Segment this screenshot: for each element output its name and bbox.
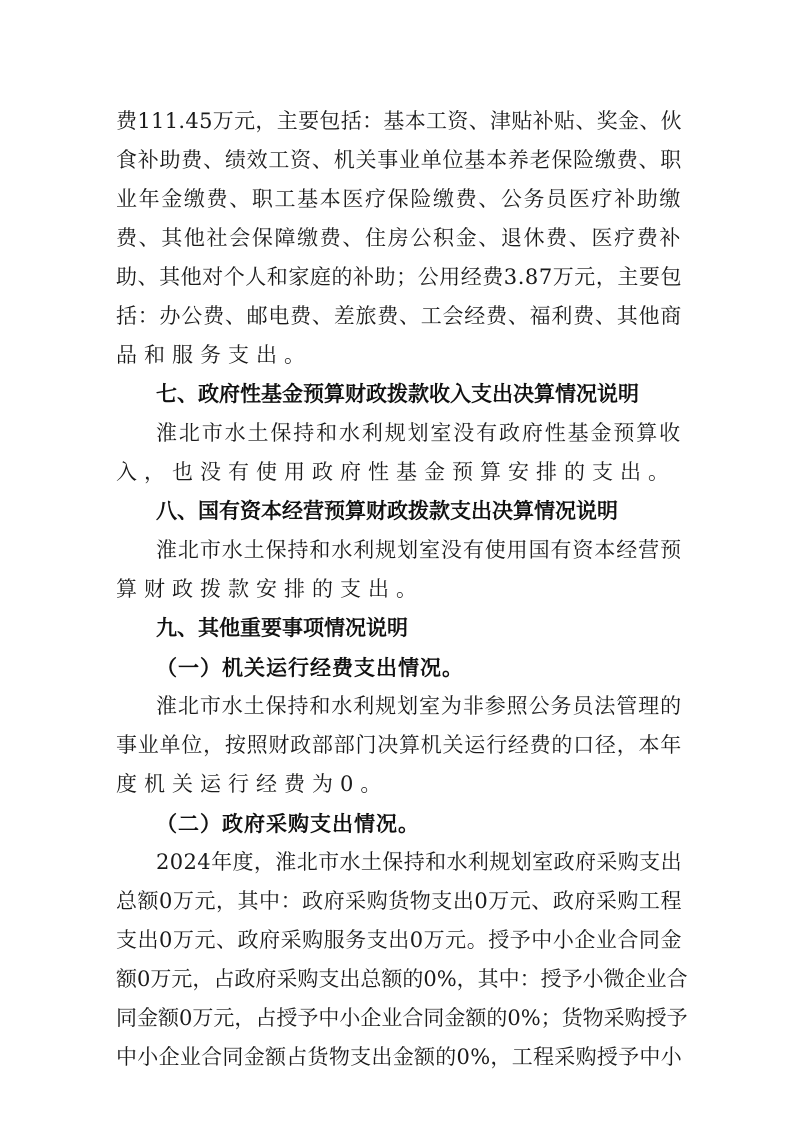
body-line: 食补助费、绩效工资、机关事业单位基本养老保险缴费、职 — [116, 141, 682, 180]
body-line: 总额0万元，其中：政府采购货物支出0万元、政府采购工程 — [116, 882, 682, 921]
body-line: 费、其他社会保障缴费、住房公积金、退休费、医疗费补 — [116, 219, 682, 258]
body-line: 入，也没有使用政府性基金预算安排的支出。 — [116, 453, 682, 492]
body-line: 括：办公费、邮电费、差旅费、工会经费、福利费、其他商 — [116, 297, 682, 336]
body-line: 算财政拨款安排的支出。 — [116, 570, 682, 609]
body-line: 品和服务支出。 — [116, 336, 682, 375]
subsection-heading-2: （二）政府采购支出情况。 — [116, 804, 682, 843]
subsection-heading-1: （一）机关运行经费支出情况。 — [116, 648, 682, 687]
body-line: 淮北市水土保持和水利规划室没有使用国有资本经营预 — [116, 531, 682, 570]
document-page: 费111.45万元，主要包括：基本工资、津贴补贴、奖金、伙 食补助费、绩效工资、… — [116, 102, 682, 1077]
body-line: 支出0万元、政府采购服务支出0万元。授予中小企业合同金 — [116, 921, 682, 960]
section-heading-7: 七、政府性基金预算财政拨款收入支出决算情况说明 — [116, 375, 682, 414]
body-line: 事业单位，按照财政部部门决算机关运行经费的口径，本年 — [116, 726, 682, 765]
body-line: 助、其他对个人和家庭的补助；公用经费3.87万元，主要包 — [116, 258, 682, 297]
body-line: 同金额0万元，占授予中小企业合同金额的0%；货物采购授予 — [116, 999, 682, 1038]
body-line: 额0万元，占政府采购支出总额的0%，其中：授予小微企业合 — [116, 960, 682, 999]
section-heading-9: 九、其他重要事项情况说明 — [116, 609, 682, 648]
section-heading-8: 八、国有资本经营预算财政拨款支出决算情况说明 — [116, 492, 682, 531]
body-line: 2024年度，淮北市水土保持和水利规划室政府采购支出 — [116, 843, 682, 882]
body-line: 费111.45万元，主要包括：基本工资、津贴补贴、奖金、伙 — [116, 102, 682, 141]
body-line: 淮北市水土保持和水利规划室为非参照公务员法管理的 — [116, 687, 682, 726]
body-line: 中小企业合同金额占货物支出金额的0%，工程采购授予中小 — [116, 1038, 682, 1077]
body-line: 业年金缴费、职工基本医疗保险缴费、公务员医疗补助缴 — [116, 180, 682, 219]
body-line: 淮北市水土保持和水利规划室没有政府性基金预算收 — [116, 414, 682, 453]
body-line: 度机关运行经费为0。 — [116, 765, 682, 804]
